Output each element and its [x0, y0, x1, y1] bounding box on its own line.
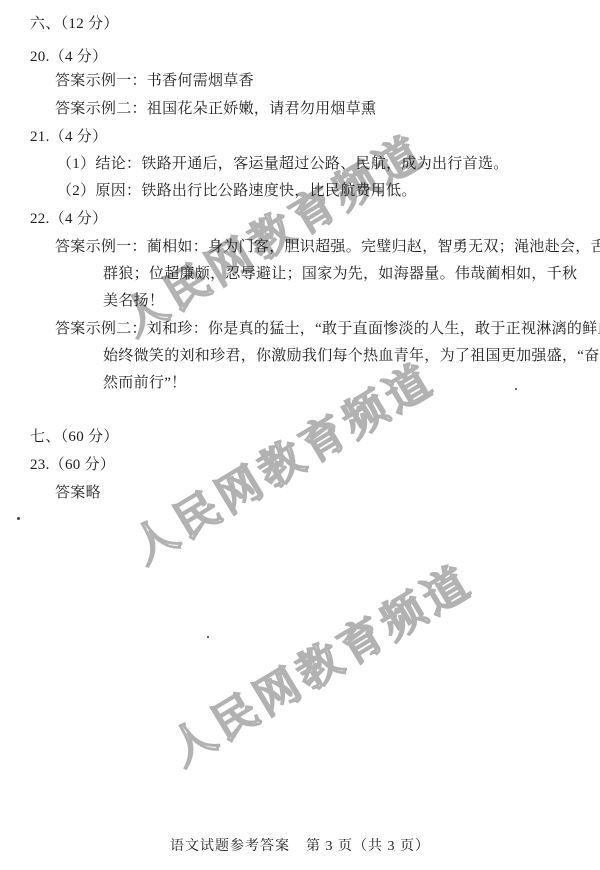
q20-score: 20.（4 分） — [30, 48, 107, 66]
footer-page-indicator: 第 3 页（共 3 页） — [306, 839, 430, 854]
q21-reason: （2）原因：铁路出行比公路速度快，比民航费用低。 — [57, 182, 417, 200]
section-heading-six: 六、（12 分） — [30, 15, 119, 33]
scan-speck — [17, 517, 20, 520]
q22-answer-example-2-line-1: 答案示例二：刘和珍：你是真的猛士，“敢于直面惨淡的人生，敢于正视淋漓的鲜血”。 — [55, 320, 600, 338]
section-heading-seven: 七、（60 分） — [30, 428, 119, 446]
q23-answer-omitted: 答案略 — [55, 484, 101, 502]
q20-answer-example-2: 答案示例二：祖国花朵正娇嫩，请君勿用烟草熏 — [55, 100, 376, 118]
q21-score: 21.（4 分） — [30, 128, 107, 146]
watermark-text: 人民网教育频道 — [108, 116, 435, 348]
scan-speck — [207, 636, 209, 638]
q22-answer-example-2-line-3: 然而前行”！ — [103, 374, 186, 392]
q21-conclusion: （1）结论：铁路开通后，客运量超过公路、民航，成为出行首选。 — [57, 155, 509, 173]
scan-speck — [515, 388, 517, 390]
q22-answer-example-1-line-2: 群狼；位超廉颇，忍辱避让；国家为先，如海器量。伟哉蔺相如，千秋 — [103, 265, 577, 283]
watermark-text: 人民网教育频道 — [156, 546, 483, 778]
footer-doc-title: 语文试题参考答案 — [170, 839, 290, 854]
q22-answer-example-2-line-2: 始终微笑的刘和珍君，你激励我们每个热血青年，为了祖国更加强盛，“奋 — [103, 347, 600, 365]
q22-answer-example-1-line-3: 美名扬！ — [103, 292, 164, 310]
page-footer: 语文试题参考答案第 3 页（共 3 页） — [0, 835, 600, 855]
q20-answer-example-1: 答案示例一：书香何需烟草香 — [55, 72, 254, 90]
q22-score: 22.（4 分） — [30, 210, 107, 228]
exam-answer-sheet-page: 人民网教育频道 人民网教育频道 人民网教育频道 六、（12 分） 20.（4 分… — [0, 0, 600, 870]
q22-answer-example-1-line-1: 答案示例一：蔺相如：身为门客，胆识超强。完璧归赵，智勇无双；渑池赴会，舌战 — [55, 238, 600, 256]
q23-score: 23.（60 分） — [30, 456, 115, 474]
